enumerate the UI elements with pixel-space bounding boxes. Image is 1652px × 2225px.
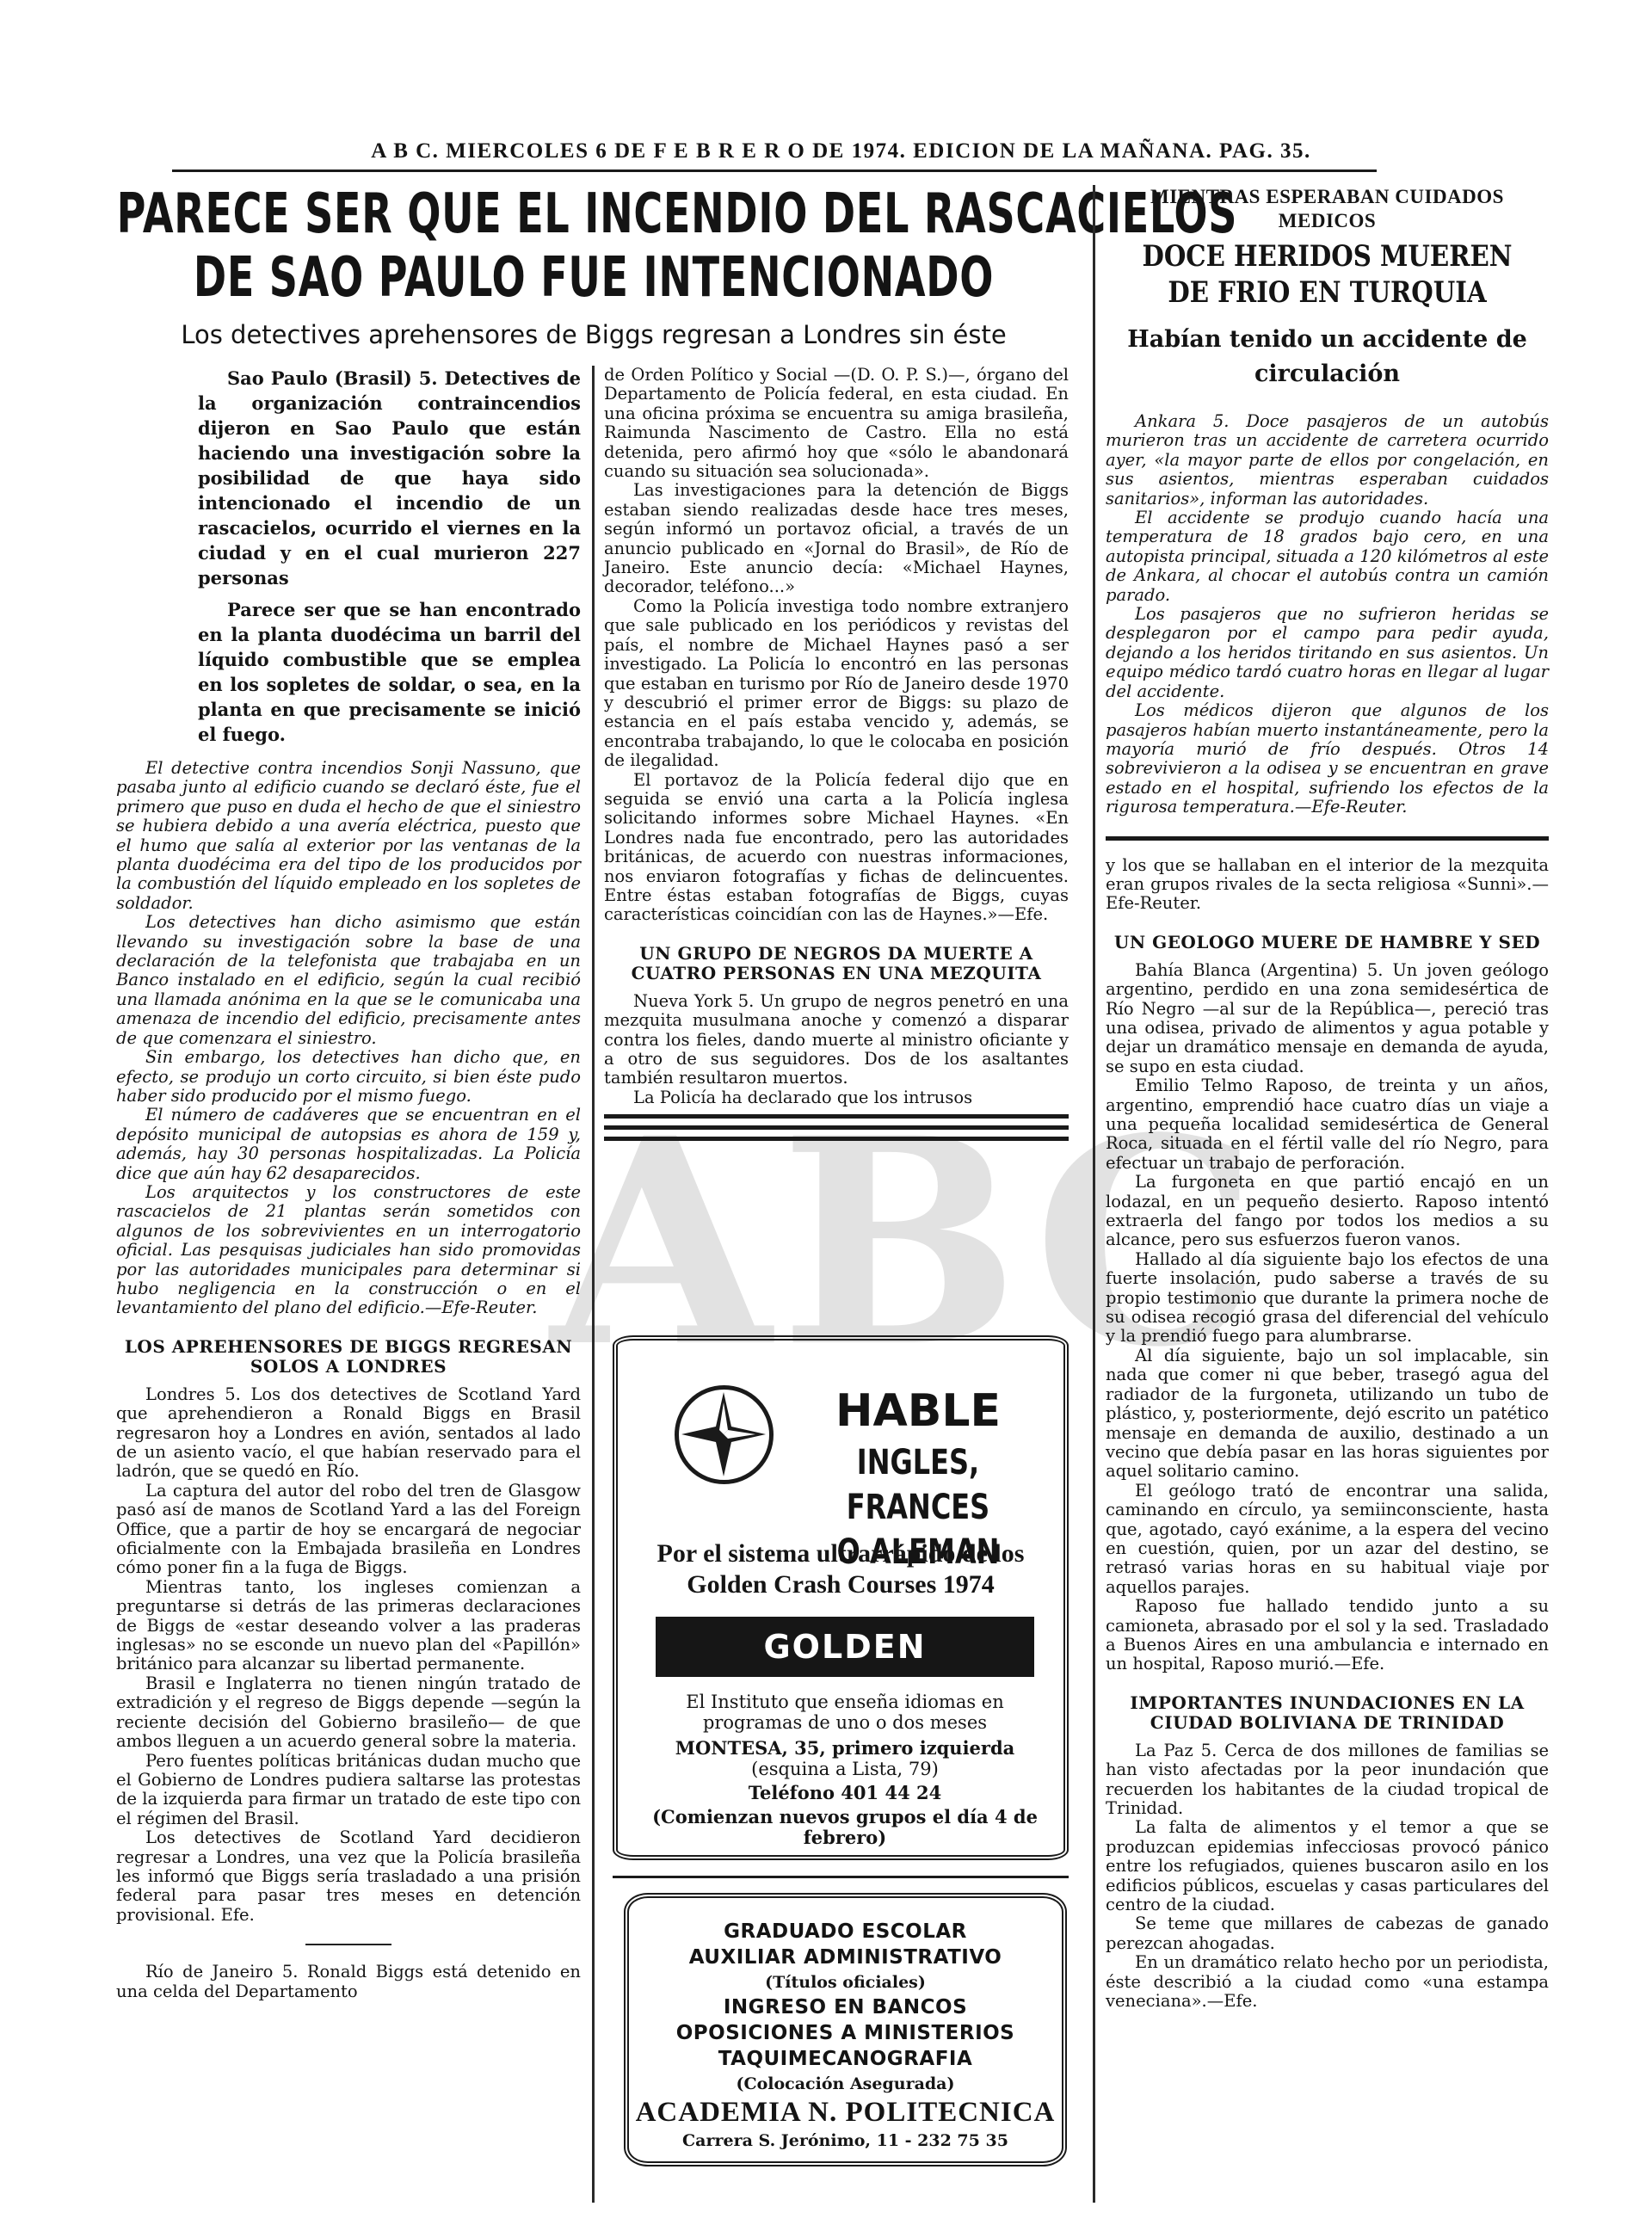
paragraph: Brasil e Inglaterra no tienen ningún tra… (116, 1674, 581, 1752)
section-heading-flood: IMPORTANTES INUNDACIONES EN LA CIUDAD BO… (1106, 1693, 1549, 1733)
paragraph: Londres 5. Los dos detectives de Scotlan… (116, 1385, 581, 1482)
paragraph: Río de Janeiro 5. Ronald Biggs está dete… (116, 1963, 581, 2001)
paragraph: La Paz 5. Cerca de dos millones de famil… (1106, 1741, 1549, 1819)
main-headline: PARECE SER QUE EL INCENDIO DEL RASCACIEL… (250, 182, 937, 310)
triple-rule (604, 1114, 1069, 1141)
column-2: de Orden Político y Social —(D. O. P. S.… (604, 366, 1069, 1141)
ad-phone: Teléfono 401 44 24 (647, 1783, 1043, 1803)
ad-tagline-line2: Golden Crash Courses 1974 (630, 1569, 1051, 1600)
ad-info: El Instituto que enseña idiomas en progr… (647, 1692, 1043, 1848)
column-1: Sao Paulo (Brasil) 5. Detectives de la o… (116, 366, 581, 2001)
lead-paragraph: Parece ser que se han encontrado en la p… (198, 597, 581, 747)
column-divider (592, 366, 595, 2203)
ad-separator (613, 1876, 1069, 1878)
turkey-kicker: MIENTRAS ESPERABAN CUIDADOS MEDICOS (1106, 185, 1549, 233)
section-heading-biggs: LOS APREHENSORES DE BIGGS REGRESAN SOLOS… (116, 1337, 581, 1377)
paragraph: Hallado al día siguiente bajo los efecto… (1106, 1250, 1549, 1347)
paragraph: Los pasajeros que no sufrieron heridas s… (1106, 605, 1549, 701)
paragraph: Los detectives de Scotland Yard decidier… (116, 1828, 581, 1925)
paragraph: La captura del autor del robo del tren d… (116, 1482, 581, 1578)
main-subhead: Los detectives aprehensores de Biggs reg… (120, 320, 1067, 349)
paragraph: Como la Policía investiga todo nombre ex… (604, 597, 1069, 771)
ad-line: OPOSICIONES A MINISTERIOS (629, 2020, 1062, 2046)
ad-line: TAQUIMECANOGRAFIA (629, 2046, 1062, 2072)
paragraph: Nueva York 5. Un grupo de negros penetró… (604, 992, 1069, 1088)
paragraph: Los detectives han dicho asimismo que es… (116, 913, 581, 1048)
section-heading-mosque: UN GRUPO DE NEGROS DA MUERTE A CUATRO PE… (604, 944, 1069, 983)
ad-languages-line1: INGLES, FRANCES (804, 1440, 1032, 1530)
masthead: A B C. MIERCOLES 6 DE F E B R E R O DE 1… (318, 139, 1364, 163)
ad-note: (Comienzan nuevos grupos el día 4 de feb… (647, 1807, 1043, 1848)
turkey-body: Ankara 5. Doce pasajeros de un autobús m… (1106, 412, 1549, 817)
paragraph: El número de cadáveres que se encuentran… (116, 1106, 581, 1183)
ad-golden-institute: HABLE INGLES, FRANCES O ALEMAN Por el si… (613, 1335, 1069, 1860)
paragraph: El detective contra incendios Sonji Nass… (116, 759, 581, 913)
paragraph: El accidente se produjo cuando hacía una… (1106, 508, 1549, 605)
column-divider (1093, 185, 1095, 2203)
ad-info-line: El Instituto que enseña idiomas en progr… (647, 1692, 1043, 1733)
ad-tagline: Por el sistema ultrarrápido de los Golde… (630, 1538, 1051, 1600)
ad-address: MONTESA, 35, primero izquierda (647, 1738, 1043, 1759)
section-heading-geologist: UN GEOLOGO MUERE DE HAMBRE Y SED (1106, 933, 1549, 952)
turkey-headline: DOCE HERIDOS MUEREN DE FRIO EN TURQUIA (1137, 238, 1518, 311)
ad-academia-politecnica: GRADUADO ESCOLAR AUXILIAR ADMINISTRATIVO… (624, 1893, 1067, 2166)
ad-corner: (esquina a Lista, 79) (647, 1759, 1043, 1779)
ad-academia-name: ACADEMIA N. POLITECNICA (629, 2096, 1062, 2129)
paragraph: El portavoz de la Policía federal dijo q… (604, 771, 1069, 925)
paragraph: La furgoneta en que partió encajó en un … (1106, 1173, 1549, 1250)
ad-line: AUXILIAR ADMINISTRATIVO (629, 1945, 1062, 1970)
compass-star-icon (675, 1385, 774, 1484)
lead-paragraph: Sao Paulo (Brasil) 5. Detectives de la o… (198, 366, 581, 590)
turkey-subhead: Habían tenido un accidente de circulació… (1106, 323, 1549, 391)
paragraph: Raposo fue hallado tendido junto a su ca… (1106, 1597, 1549, 1674)
paragraph: Los médicos dijeron que algunos de los p… (1106, 701, 1549, 817)
main-headline-line2: DE SAO PAULO FUE INTENCIONADO (117, 246, 1071, 310)
paragraph: Las investigaciones para la detención de… (604, 481, 1069, 596)
paragraph: El geólogo trató de encontrar una salida… (1106, 1482, 1549, 1597)
paragraph: En un dramático relato hecho por un peri… (1106, 1953, 1549, 2011)
paragraph: Al día siguiente, bajo un sol implacable… (1106, 1347, 1549, 1482)
column-3: MIENTRAS ESPERABAN CUIDADOS MEDICOS DOCE… (1106, 185, 1549, 2011)
italic-block: El detective contra incendios Sonji Nass… (116, 759, 581, 1318)
paragraph: Emilio Telmo Raposo, de treinta y un año… (1106, 1076, 1549, 1173)
ad-banner: GOLDEN INSTITUTE (656, 1617, 1034, 1677)
ad-line: GRADUADO ESCOLAR (629, 1919, 1062, 1945)
paragraph: Bahía Blanca (Argentina) 5. Un joven geó… (1106, 961, 1549, 1076)
paragraph: Mientras tanto, los ingleses comienzan a… (116, 1578, 581, 1674)
ad-line: INGRESO EN BANCOS (629, 1994, 1062, 2020)
thick-rule (1106, 836, 1549, 841)
paragraph: y los que se hallaban en el interior de … (1106, 856, 1549, 914)
paragraph: Sin embargo, los detectives han dicho qu… (116, 1048, 581, 1106)
ad-hable: HABLE (785, 1387, 1051, 1435)
paragraph: Los arquitectos y los constructores de e… (116, 1183, 581, 1318)
paragraph: Se teme que millares de cabezas de ganad… (1106, 1914, 1549, 1953)
paragraph: Pero fuentes políticas británicas dudan … (116, 1752, 581, 1829)
paragraph: La falta de alimentos y el temor a que s… (1106, 1818, 1549, 1914)
paragraph: La Policía ha declarado que los intrusos (604, 1088, 1069, 1107)
paragraph: de Orden Político y Social —(D. O. P. S.… (604, 366, 1069, 481)
section-separator (305, 1944, 391, 1945)
masthead-rule (172, 169, 1377, 172)
lead-block: Sao Paulo (Brasil) 5. Detectives de la o… (116, 366, 581, 747)
ad-line: (Títulos oficiales) (629, 1970, 1062, 1994)
ad-academia-content: GRADUADO ESCOLAR AUXILIAR ADMINISTRATIVO… (629, 1919, 1062, 2153)
main-headline-line1: PARECE SER QUE EL INCENDIO DEL RASCACIEL… (117, 182, 1071, 246)
ad-academia-address: Carrera S. Jerónimo, 11 - 232 75 35 (629, 2129, 1062, 2153)
ad-line: (Colocación Asegurada) (629, 2072, 1062, 2096)
paragraph: Ankara 5. Doce pasajeros de un autobús m… (1106, 412, 1549, 508)
ad-tagline-line1: Por el sistema ultrarrápido de los (630, 1538, 1051, 1569)
